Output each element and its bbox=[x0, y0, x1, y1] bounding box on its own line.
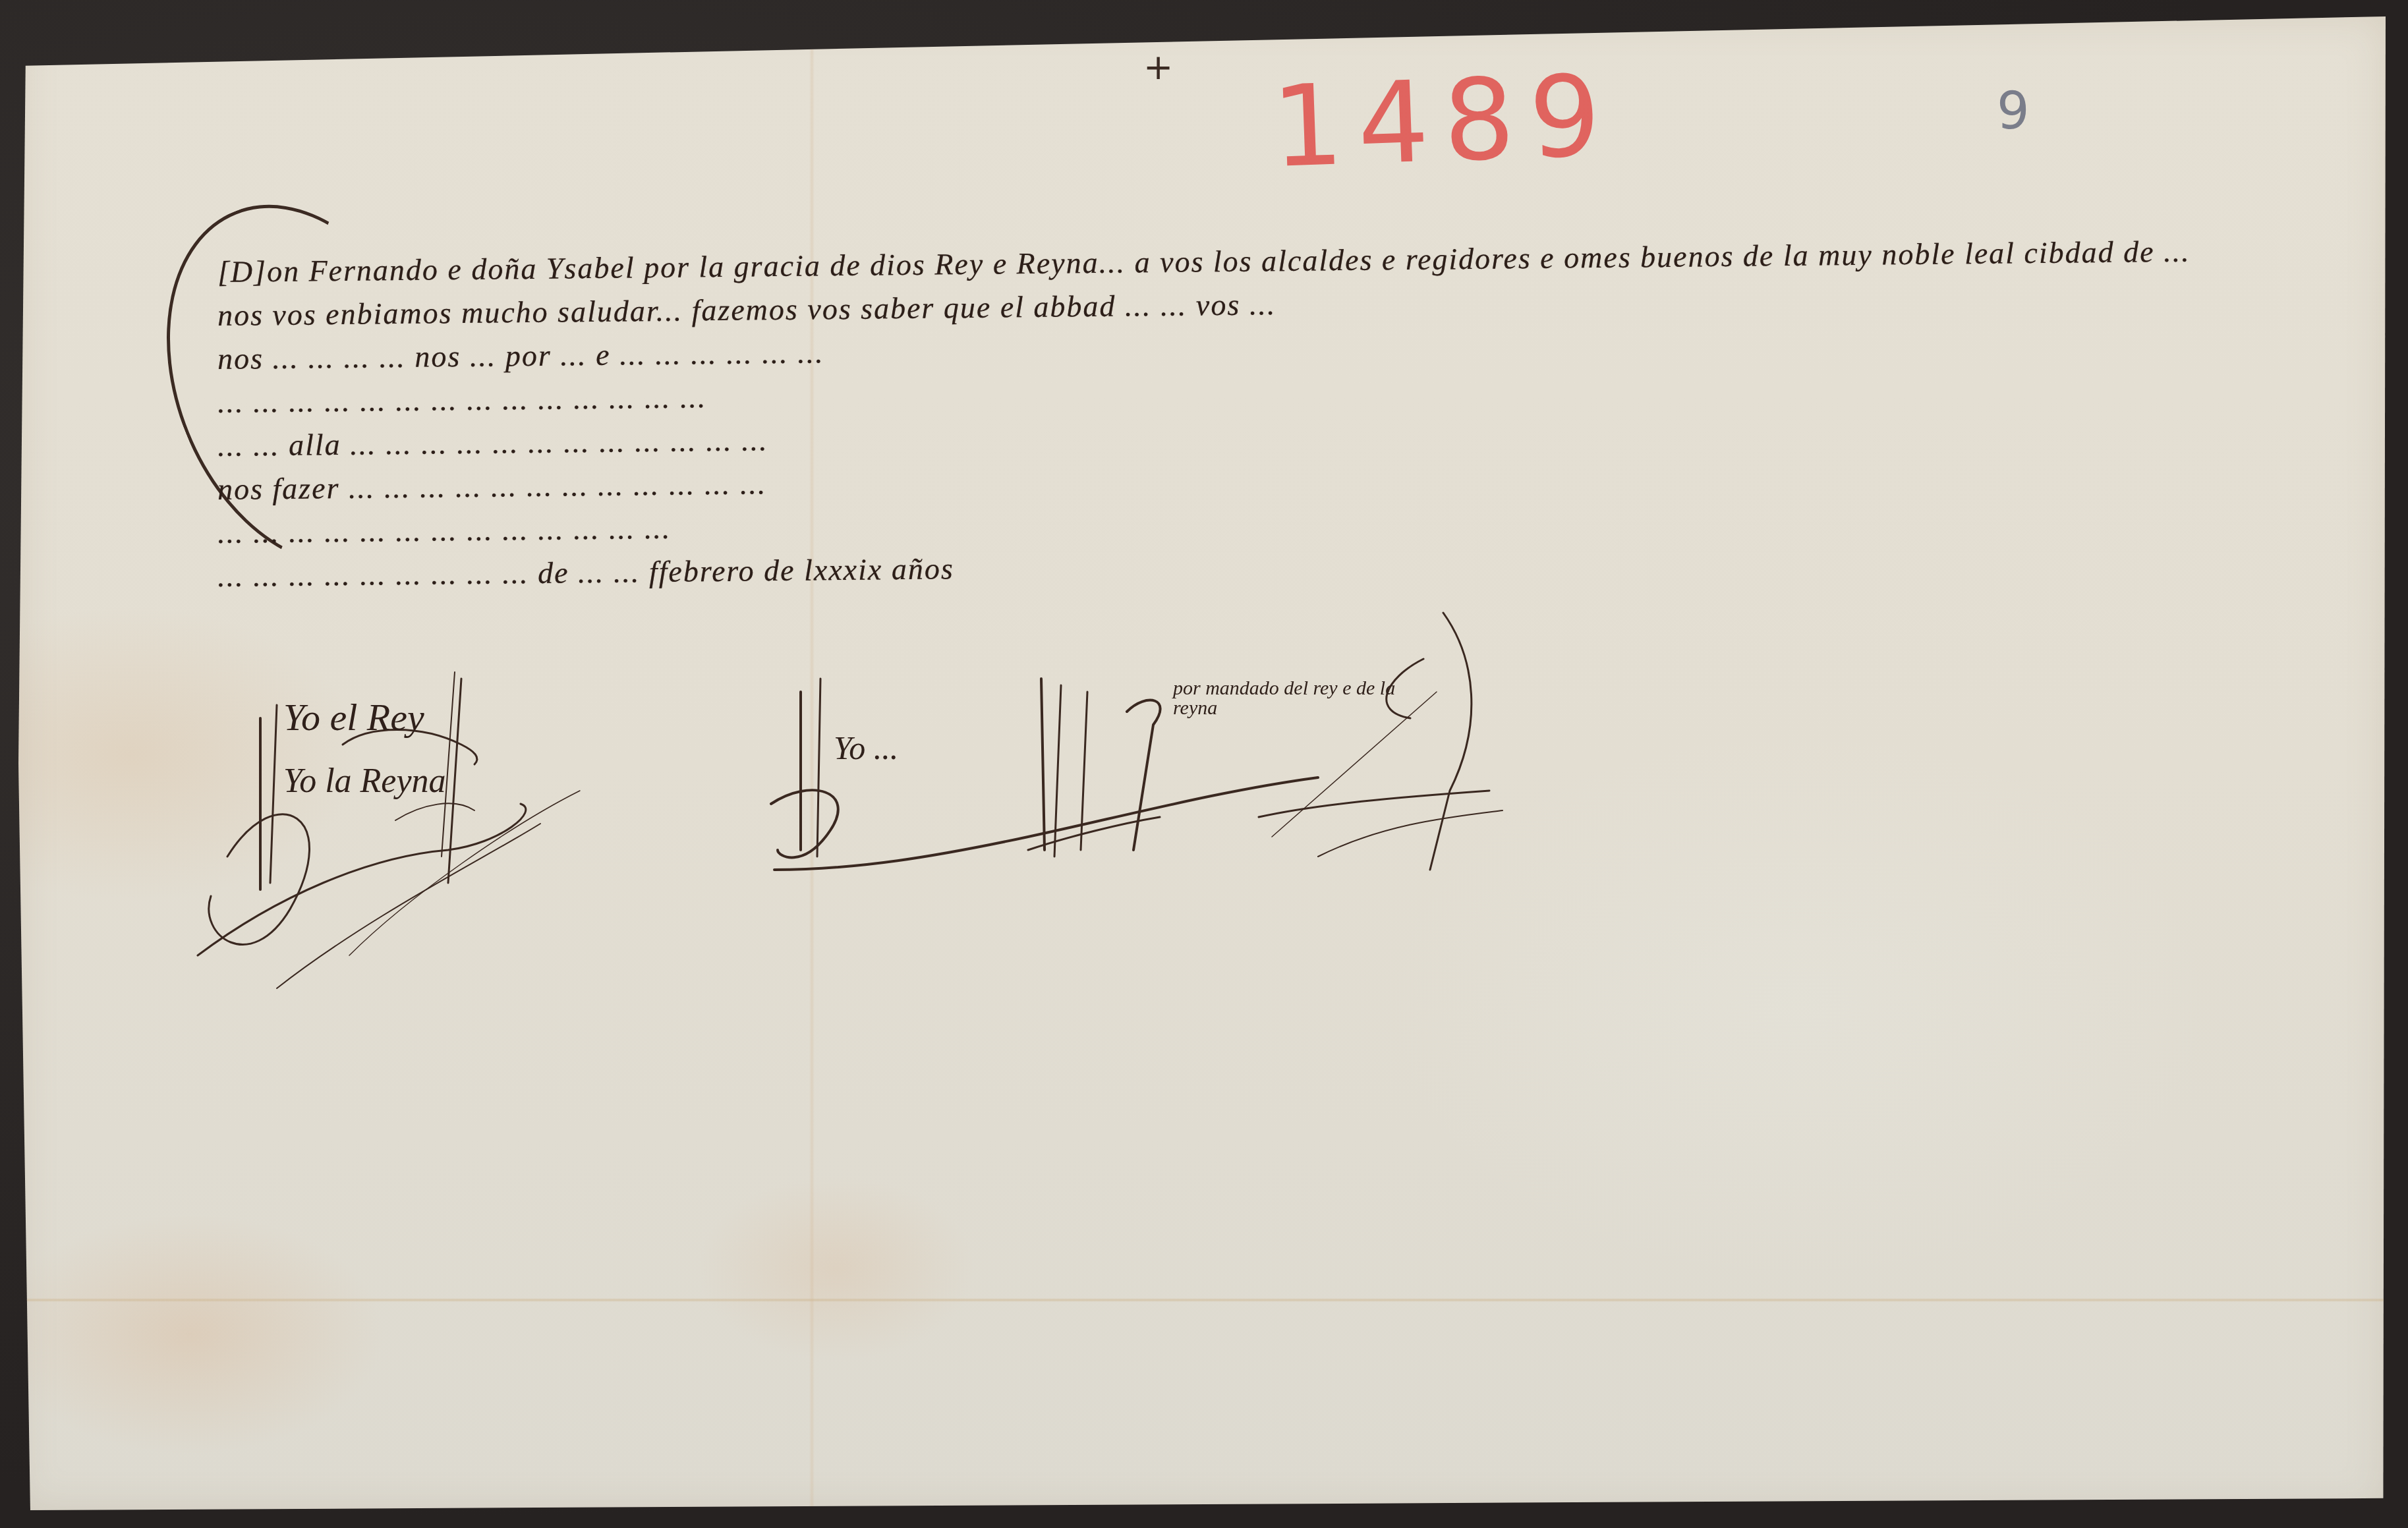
letter-body: [D]on Fernando e doña Ysabel por la grac… bbox=[217, 250, 2307, 598]
vertical-fold-line bbox=[809, 16, 815, 1510]
archival-year-annotation: 1489 bbox=[1270, 60, 1617, 184]
folio-number: 9 bbox=[1997, 86, 2030, 137]
horizontal-fold-line bbox=[18, 1298, 2386, 1302]
scan-background: + 1489 9 [D]on Fernando e doña Ysabel po… bbox=[0, 0, 2408, 1528]
cross-mark: + bbox=[1143, 49, 1173, 85]
